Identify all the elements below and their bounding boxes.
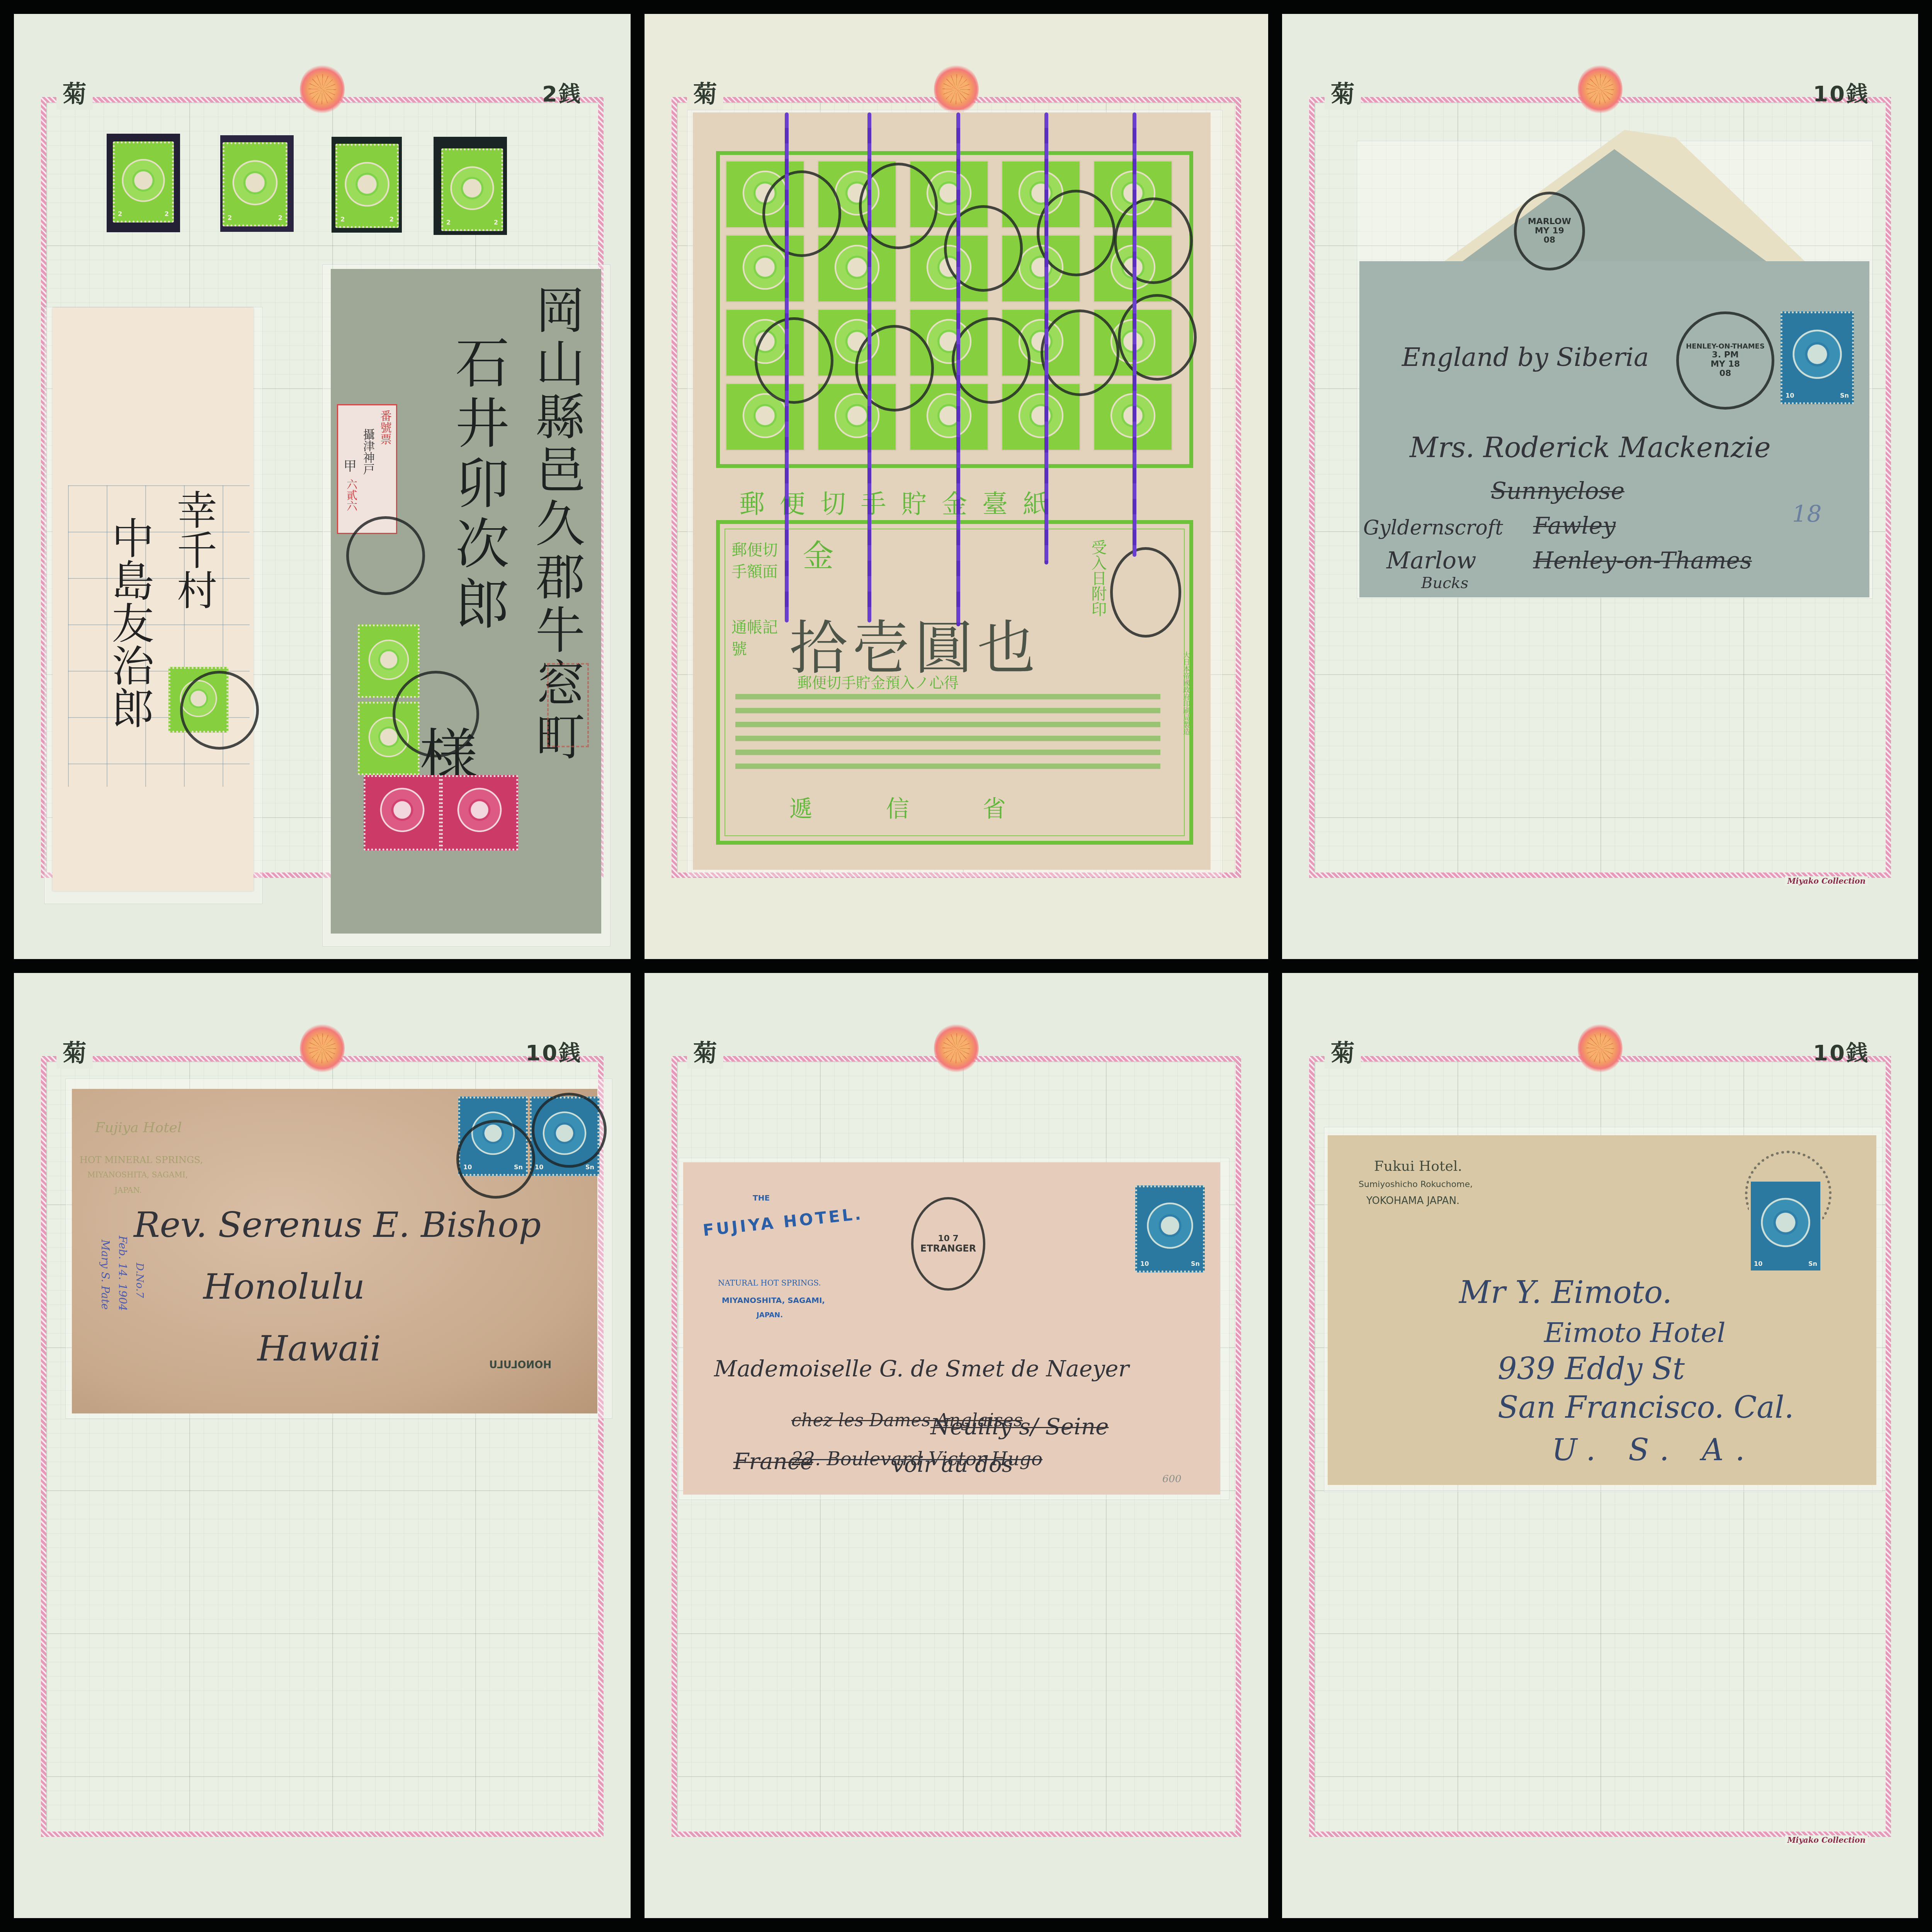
marlow-postmark: MARLOWMY 1908 [1514,192,1585,270]
struck-country: France [733,1448,813,1475]
envelope-stamp-10sen: 10Sn [1135,1185,1205,1272]
stamp-2sen-green: 22 [113,141,174,223]
header-denomination: 2銭 [536,79,588,110]
envelope-postmark-1 [456,1120,535,1199]
forward-line-1: Gyldernscroft [1363,516,1503,539]
address-line-4: San Francisco. Cal. [1498,1390,1794,1425]
header-kiku-label: 菊 [56,79,93,110]
struck-line-3-visible: Neuilly s/ Seine [930,1413,1109,1440]
form-title-char: 臺 [982,483,1008,520]
stamp-savings-form[interactable]: 郵便切手貯金臺紙 郵便切手貯金臺紙 郵便切手額面 通帳記號 受入日附印 金 拾壱… [693,112,1211,870]
envelope-stamp-10sen: 10Sn [1749,1180,1822,1272]
address-line-2: Honolulu [203,1267,365,1307]
form-issuer: 遞信省 [789,791,1079,824]
form-label-account: 通帳記號 [731,617,778,660]
sheet-postmark [855,325,934,412]
wrapper-cover[interactable]: 幸千村 中島友治郎 [53,308,253,891]
address-line-5: U. S. A. [1552,1433,1757,1468]
registration-label-number: 六貳六 [344,479,359,511]
envelope-stamp-10sen: 10Sn [1781,311,1854,404]
wrapper-address-line-1: 幸千村 [165,489,223,610]
header-denomination: 10銭 [1807,79,1876,110]
form-title-char: 便 [780,483,805,520]
form-instructions-text [735,694,1160,771]
stamp-mount-2[interactable]: 22 [220,135,294,232]
stamp-2sen-green: 22 [441,148,503,231]
hotel-line-4: MIYANOSHITA, SAGAMI, [722,1296,825,1305]
chrysanthemum-emblem-icon [934,1023,979,1073]
address-line-1: Mr Y. Eimoto. [1459,1274,1672,1310]
registered-stamp-3sen-2 [441,775,518,850]
struck-line-3: Henley-on-Thames [1533,547,1752,574]
collection-signature: Miyako Collection [1785,1835,1868,1845]
forward-line-3: Bucks [1421,574,1468,592]
pencil-note: 600 [1162,1473,1182,1485]
forward-note: voir au dos [892,1452,1013,1477]
hotel-line-4: JAPAN. [114,1185,142,1195]
wrapper-postmark [180,671,259,750]
fukui-hotel-envelope[interactable]: Fukui Hotel. Sumiyoshicho Rokuchome, YOK… [1328,1135,1876,1485]
form-title-char: 金 [942,483,967,520]
address-line-1: Rev. Serenus E. Bishop [134,1205,541,1245]
hotel-line-3: YOKOHAMA JAPAN. [1366,1195,1459,1207]
henley-postmark: HENLEY-ON-THAMES3. PMMY 1808 [1676,311,1774,410]
chrysanthemum-emblem-icon [934,64,979,114]
album-page-2: 菊 郵便切手貯金臺紙 郵便切手貯金臺紙 郵便切手額面 通帳記號 受入日附印 金 … [645,14,1268,959]
receiver-seal [547,663,589,747]
form-label-denomination: 郵便切手額面 [731,539,778,583]
stamp-mount-3[interactable]: 22 [332,137,402,233]
registered-address-line-2: 石井卯次郎 [439,335,517,636]
header-kiku-label: 菊 [687,1038,723,1069]
envelope-body[interactable]: MARLOWMY 1908 England by Siberia HENLEY-… [1359,261,1869,597]
sheet-postmark [755,317,833,404]
sheet-postmark [1118,294,1197,381]
hotel-name: Fujiya Hotel [95,1120,182,1136]
address-line-3: 939 Eddy St [1498,1352,1685,1386]
hotel-name: FUJIYA HOTEL. [702,1204,864,1240]
manuscript-cancel-line-2 [867,112,871,622]
album-page-5: 菊 THE FUJIYA HOTEL. NATURAL HOT SPRINGS.… [645,973,1268,1918]
wrapper-address-line-2: 中島友治郎 [99,516,160,729]
album-page-3: 菊 10銭 MARLOWMY 1908 England by Siberia H… [1282,14,1918,959]
header-kiku-label: 菊 [56,1038,93,1069]
addressee: Mademoiselle G. de Smet de Naeyer [714,1355,1129,1382]
chrysanthemum-emblem-icon [300,1023,345,1073]
pencil-note: 18 [1792,501,1821,528]
registered-postmark-2 [393,671,479,757]
sheet-postmark [1037,190,1116,276]
manuscript-cancel-line-4 [1044,112,1048,565]
hotel-envelope-honolulu[interactable]: Fujiya Hotel HOT MINERAL SPRINGS, MIYANO… [72,1089,597,1413]
hotel-line-2: Sumiyoshicho Rokuchome, [1359,1180,1473,1189]
collection-signature: Miyako Collection [1785,876,1868,886]
hotel-the: THE [753,1193,770,1202]
form-label-receipt-date: 受入日附印 [1087,539,1109,617]
album-page-6: 菊 10銭 Fukui Hotel. Sumiyoshicho Rokuchom… [1282,973,1918,1918]
sheet-postmark [952,317,1031,404]
registered-stamp-3sen-1 [364,775,441,850]
envelope-postmark-2 [532,1093,607,1168]
manuscript-cancel-line-3 [956,112,960,626]
stamp-mount-1[interactable]: 22 [107,134,180,232]
header-kiku-label: 菊 [687,79,723,110]
sheet-postmark [1041,310,1119,396]
registration-label: 番號票 攝津神戸 甲 六貳六 [337,404,397,534]
form-title-char: 切 [820,483,846,520]
addressee: Mrs. Roderick Mackenzie [1410,431,1771,464]
hotel-line-2: HOT MINERAL SPRINGS, [80,1155,203,1165]
sheet-postmark [762,170,841,257]
header-kiku-label: 菊 [1325,79,1361,110]
registration-label-class: 甲 [344,456,357,474]
side-note-1: Mary S. Pate [99,1240,112,1310]
manuscript-cancel-line-1 [785,112,789,622]
etranger-postmark: 10 7ETRANGER [911,1197,985,1291]
form-title-char: 郵 [739,483,765,520]
hotel-line-5: JAPAN. [757,1311,783,1319]
chrysanthemum-emblem-icon [1578,64,1622,114]
struck-line-1: Sunnyclose [1491,478,1624,505]
form-imprint: 大日本帝國政府印刷局製造 [1181,651,1191,735]
form-instructions-header: 郵便切手貯金預入ノ心得 [797,671,959,692]
stamp-mount-4[interactable]: 22 [434,137,507,235]
chrysanthemum-emblem-icon [1578,1023,1622,1073]
form-title-char: 貯 [901,483,927,520]
hotel-line-3: NATURAL HOT SPRINGS. [718,1278,821,1287]
registered-cover[interactable]: 岡山縣邑久郡牛窓町 石井卯次郎 様 番號票 攝津神戸 甲 六貳六 [331,269,601,934]
side-note-3: D.No.7 [134,1263,145,1298]
form-amount-label: 金 [793,539,838,570]
receipt-postmark [1110,547,1181,638]
stamp-2sen-green: 22 [335,144,399,228]
address-line-2: Eimoto Hotel [1544,1317,1726,1349]
forward-line-2: Marlow [1386,547,1476,574]
chrysanthemum-emblem-icon [300,64,345,114]
fujiya-hotel-envelope[interactable]: THE FUJIYA HOTEL. NATURAL HOT SPRINGS. M… [683,1162,1220,1495]
registration-label-title: 番號票 [376,410,393,445]
receiving-mark: HONOLULU [489,1359,551,1371]
stamp-2sen-green: 22 [223,142,287,226]
sheet-postmark [944,205,1023,292]
hotel-name: Fukui Hotel. [1374,1158,1462,1174]
address-line-3: Hawaii [257,1328,381,1369]
header-denomination: 10銭 [1807,1038,1876,1069]
registration-label-office: 攝津神戸 [359,429,376,475]
album-page-4: 菊 10銭 Fujiya Hotel HOT MINERAL SPRINGS, … [14,973,631,1918]
header-denomination: 10銭 [519,1038,588,1069]
side-note-2: Feb. 14. 1904 [116,1236,129,1311]
header-kiku-label: 菊 [1325,1038,1361,1069]
form-title-char: 手 [861,483,886,520]
struck-line-2: Fawley [1533,512,1616,539]
sheet-postmark [1114,197,1193,284]
album-page-1: 菊 2銭 22 22 22 22 幸千村 中島友治郎 岡山縣邑久郡牛窓町 石井卯… [14,14,631,959]
route-note: England by Siberia [1402,342,1649,372]
hotel-line-3: MIYANOSHITA, SAGAMI, [87,1170,188,1179]
registered-postmark-1 [346,516,425,595]
manuscript-cancel-line-5 [1133,112,1136,557]
